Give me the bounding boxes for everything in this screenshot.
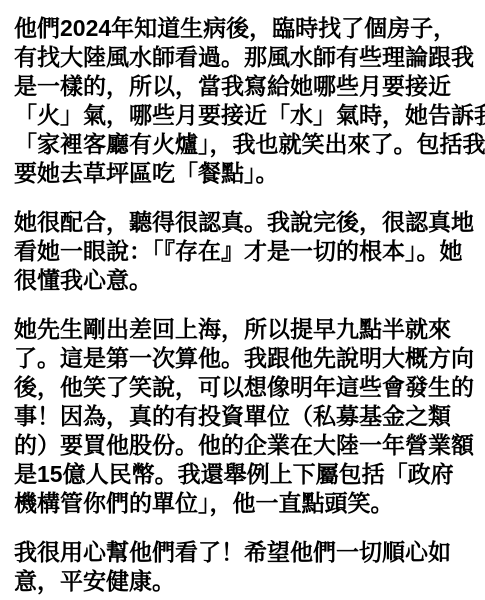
paragraph-4: 我很用心幫他們看了！希望他們一切順心如 意，平安健康。 — [14, 538, 471, 596]
text-line: 要她去草坪區吃「餐點」。 — [14, 159, 471, 188]
text-line: 他們2024年知道生病後，臨時找了個房子， — [14, 14, 471, 43]
text-line: 我很用心幫他們看了！希望他們一切順心如 — [14, 538, 471, 567]
text-line: 看她一眼說：「『存在』才是一切的根本」。她 — [14, 237, 471, 266]
paragraph-2: 她很配合，聽得很認真。我說完後，很認真地 看她一眼說：「『存在』才是一切的根本」… — [14, 208, 471, 295]
text-line: 是一樣的，所以，當我寫給她哪些月要接近 — [14, 72, 471, 101]
text-line: 是15億人民幣。我還舉例上下屬包括「政府 — [14, 460, 471, 489]
text-line: 很懂我心意。 — [14, 266, 471, 295]
text-line: 她先生剛出差回上海，所以提早九點半就來 — [14, 315, 471, 344]
text-line: 意，平安健康。 — [14, 567, 471, 596]
text-line: 「家裡客廳有火爐」，我也就笑出來了。包括我 — [14, 130, 471, 159]
text-document: 他們2024年知道生病後，臨時找了個房子， 有找大陸風水師看過。那風水師有些理論… — [0, 0, 485, 600]
text-line: 機構管你們的單位」，他一直點頭笑。 — [14, 489, 471, 518]
text-line: 有找大陸風水師看過。那風水師有些理論跟我 — [14, 43, 471, 72]
text-line: 了。這是第一次算他。我跟他先說明大概方向 — [14, 344, 471, 373]
text-line: 「火」氣，哪些月要接近「水」氣時，她告訴我 — [14, 101, 471, 130]
text-line: 她很配合，聽得很認真。我說完後，很認真地 — [14, 208, 471, 237]
text-line: 事！因為，真的有投資單位（私募基金之類 — [14, 402, 471, 431]
text-line: 後，他笑了笑說，可以想像明年這些會發生的 — [14, 373, 471, 402]
text-line: 的）要買他股份。他的企業在大陸一年營業額 — [14, 431, 471, 460]
paragraph-3: 她先生剛出差回上海，所以提早九點半就來 了。這是第一次算他。我跟他先說明大概方向… — [14, 315, 471, 518]
paragraph-1: 他們2024年知道生病後，臨時找了個房子， 有找大陸風水師看過。那風水師有些理論… — [14, 14, 471, 188]
